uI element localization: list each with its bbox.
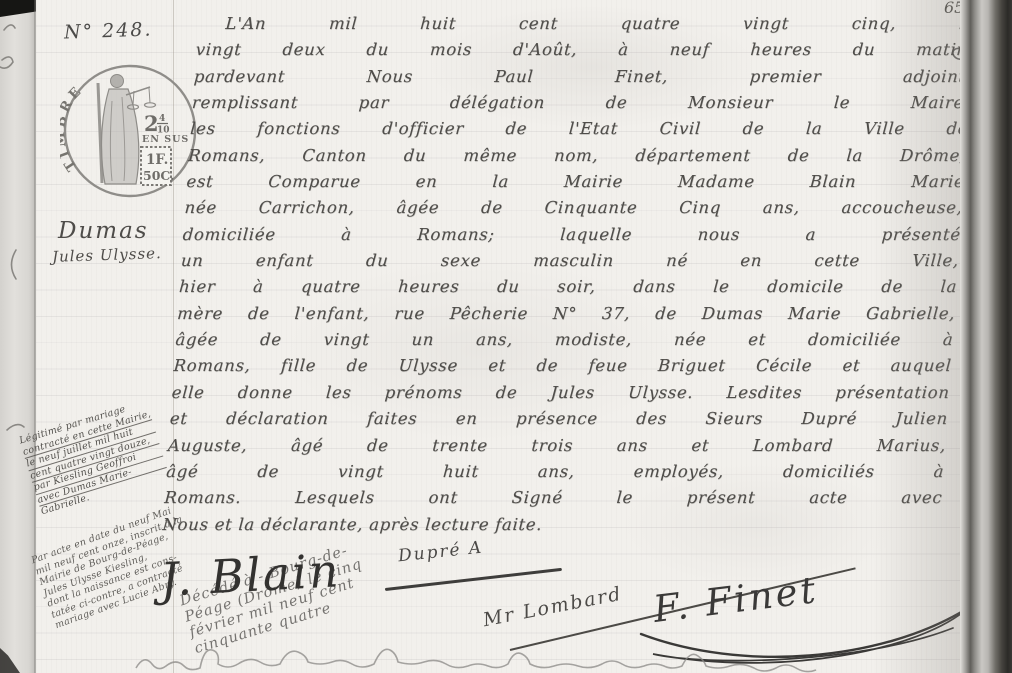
next-act-cutoff-line bbox=[96, 648, 916, 673]
signature-blain: J. Blain bbox=[159, 543, 342, 606]
register-page: N° 248. 65 TIMBRE bbox=[36, 0, 962, 673]
act-line: hier à quatre heures du soir, dans le do… bbox=[178, 274, 958, 300]
signature-dupre: Dupré A bbox=[397, 538, 484, 567]
act-line: Romans, Canton du même nom, département … bbox=[187, 143, 967, 169]
act-line: âgée de vingt un ans, modiste, née et do… bbox=[174, 327, 954, 353]
act-line: vingt deux du mois d'Août, à neuf heures… bbox=[195, 37, 975, 63]
act-line: remplissant par délégation de Monsieur l… bbox=[191, 90, 971, 116]
act-line: pardevant Nous Paul Finet, premier adjoi… bbox=[193, 64, 973, 90]
act-line: est Comparue en la Mairie Madame Blain M… bbox=[186, 169, 966, 195]
svg-text:EN SUS: EN SUS bbox=[142, 134, 189, 145]
act-line: et déclaration faites en présence des Si… bbox=[169, 406, 949, 432]
signature-dupre-flourish bbox=[385, 568, 562, 591]
register-scan: N° 248. 65 TIMBRE bbox=[0, 0, 1012, 673]
svg-text:1F.: 1F. bbox=[146, 152, 168, 168]
legitimation-marginal-note: Légitimé par mariage contracté en cette … bbox=[18, 397, 171, 518]
svg-text:50C.: 50C. bbox=[143, 168, 174, 183]
act-line: Auguste, âgé de trente trois ans et Lomb… bbox=[167, 433, 947, 459]
svg-text:4: 4 bbox=[159, 114, 165, 124]
act-line: âgé de vingt huit ans, employés, domicil… bbox=[165, 459, 945, 485]
edge-ink-fragments bbox=[0, 0, 36, 673]
act-body-text: L'An mil huit cent quatre vingt cinq, le… bbox=[162, 11, 977, 538]
act-line: mère de l'enfant, rue Pêcherie N° 37, de… bbox=[176, 301, 956, 327]
act-line: née Carrichon, âgée de Cinquante Cinq an… bbox=[184, 195, 964, 221]
stamp-tariff-box: 1F. 50C. bbox=[141, 147, 174, 185]
timbre-revenue-stamp: TIMBRE 2 4 10 EN SUS bbox=[60, 61, 200, 201]
signature-lombard: Mr Lombard bbox=[481, 583, 624, 632]
act-line: Nous et la déclarante, après lecture fai… bbox=[162, 512, 942, 538]
book-gutter-shadow bbox=[960, 0, 1012, 673]
act-line: Romans. Lesquels ont Signé le présent ac… bbox=[163, 485, 943, 511]
act-line: elle donne les prénoms de Jules Ulysse. … bbox=[171, 380, 951, 406]
act-number: N° 248. bbox=[64, 18, 153, 43]
act-line: L'An mil huit cent quatre vingt cinq, le bbox=[197, 11, 977, 37]
stamp-surcharge: 2 4 10 EN SUS bbox=[142, 111, 189, 145]
act-line: les fonctions d'officier de l'Etat Civil… bbox=[189, 116, 969, 142]
act-line: Romans, fille de Ulysse et de feue Brigu… bbox=[173, 353, 953, 379]
act-line: un enfant du sexe masculin né en cette V… bbox=[180, 248, 960, 274]
stamp-name-curved: TIMBRE bbox=[60, 82, 87, 174]
child-given-names: Jules Ulysse. bbox=[52, 244, 162, 266]
act-line: domiciliée à Romans; laquelle nous a pré… bbox=[182, 222, 962, 248]
margin-child-name: Dumas Jules Ulysse. bbox=[52, 218, 162, 264]
child-surname: Dumas bbox=[58, 218, 162, 244]
